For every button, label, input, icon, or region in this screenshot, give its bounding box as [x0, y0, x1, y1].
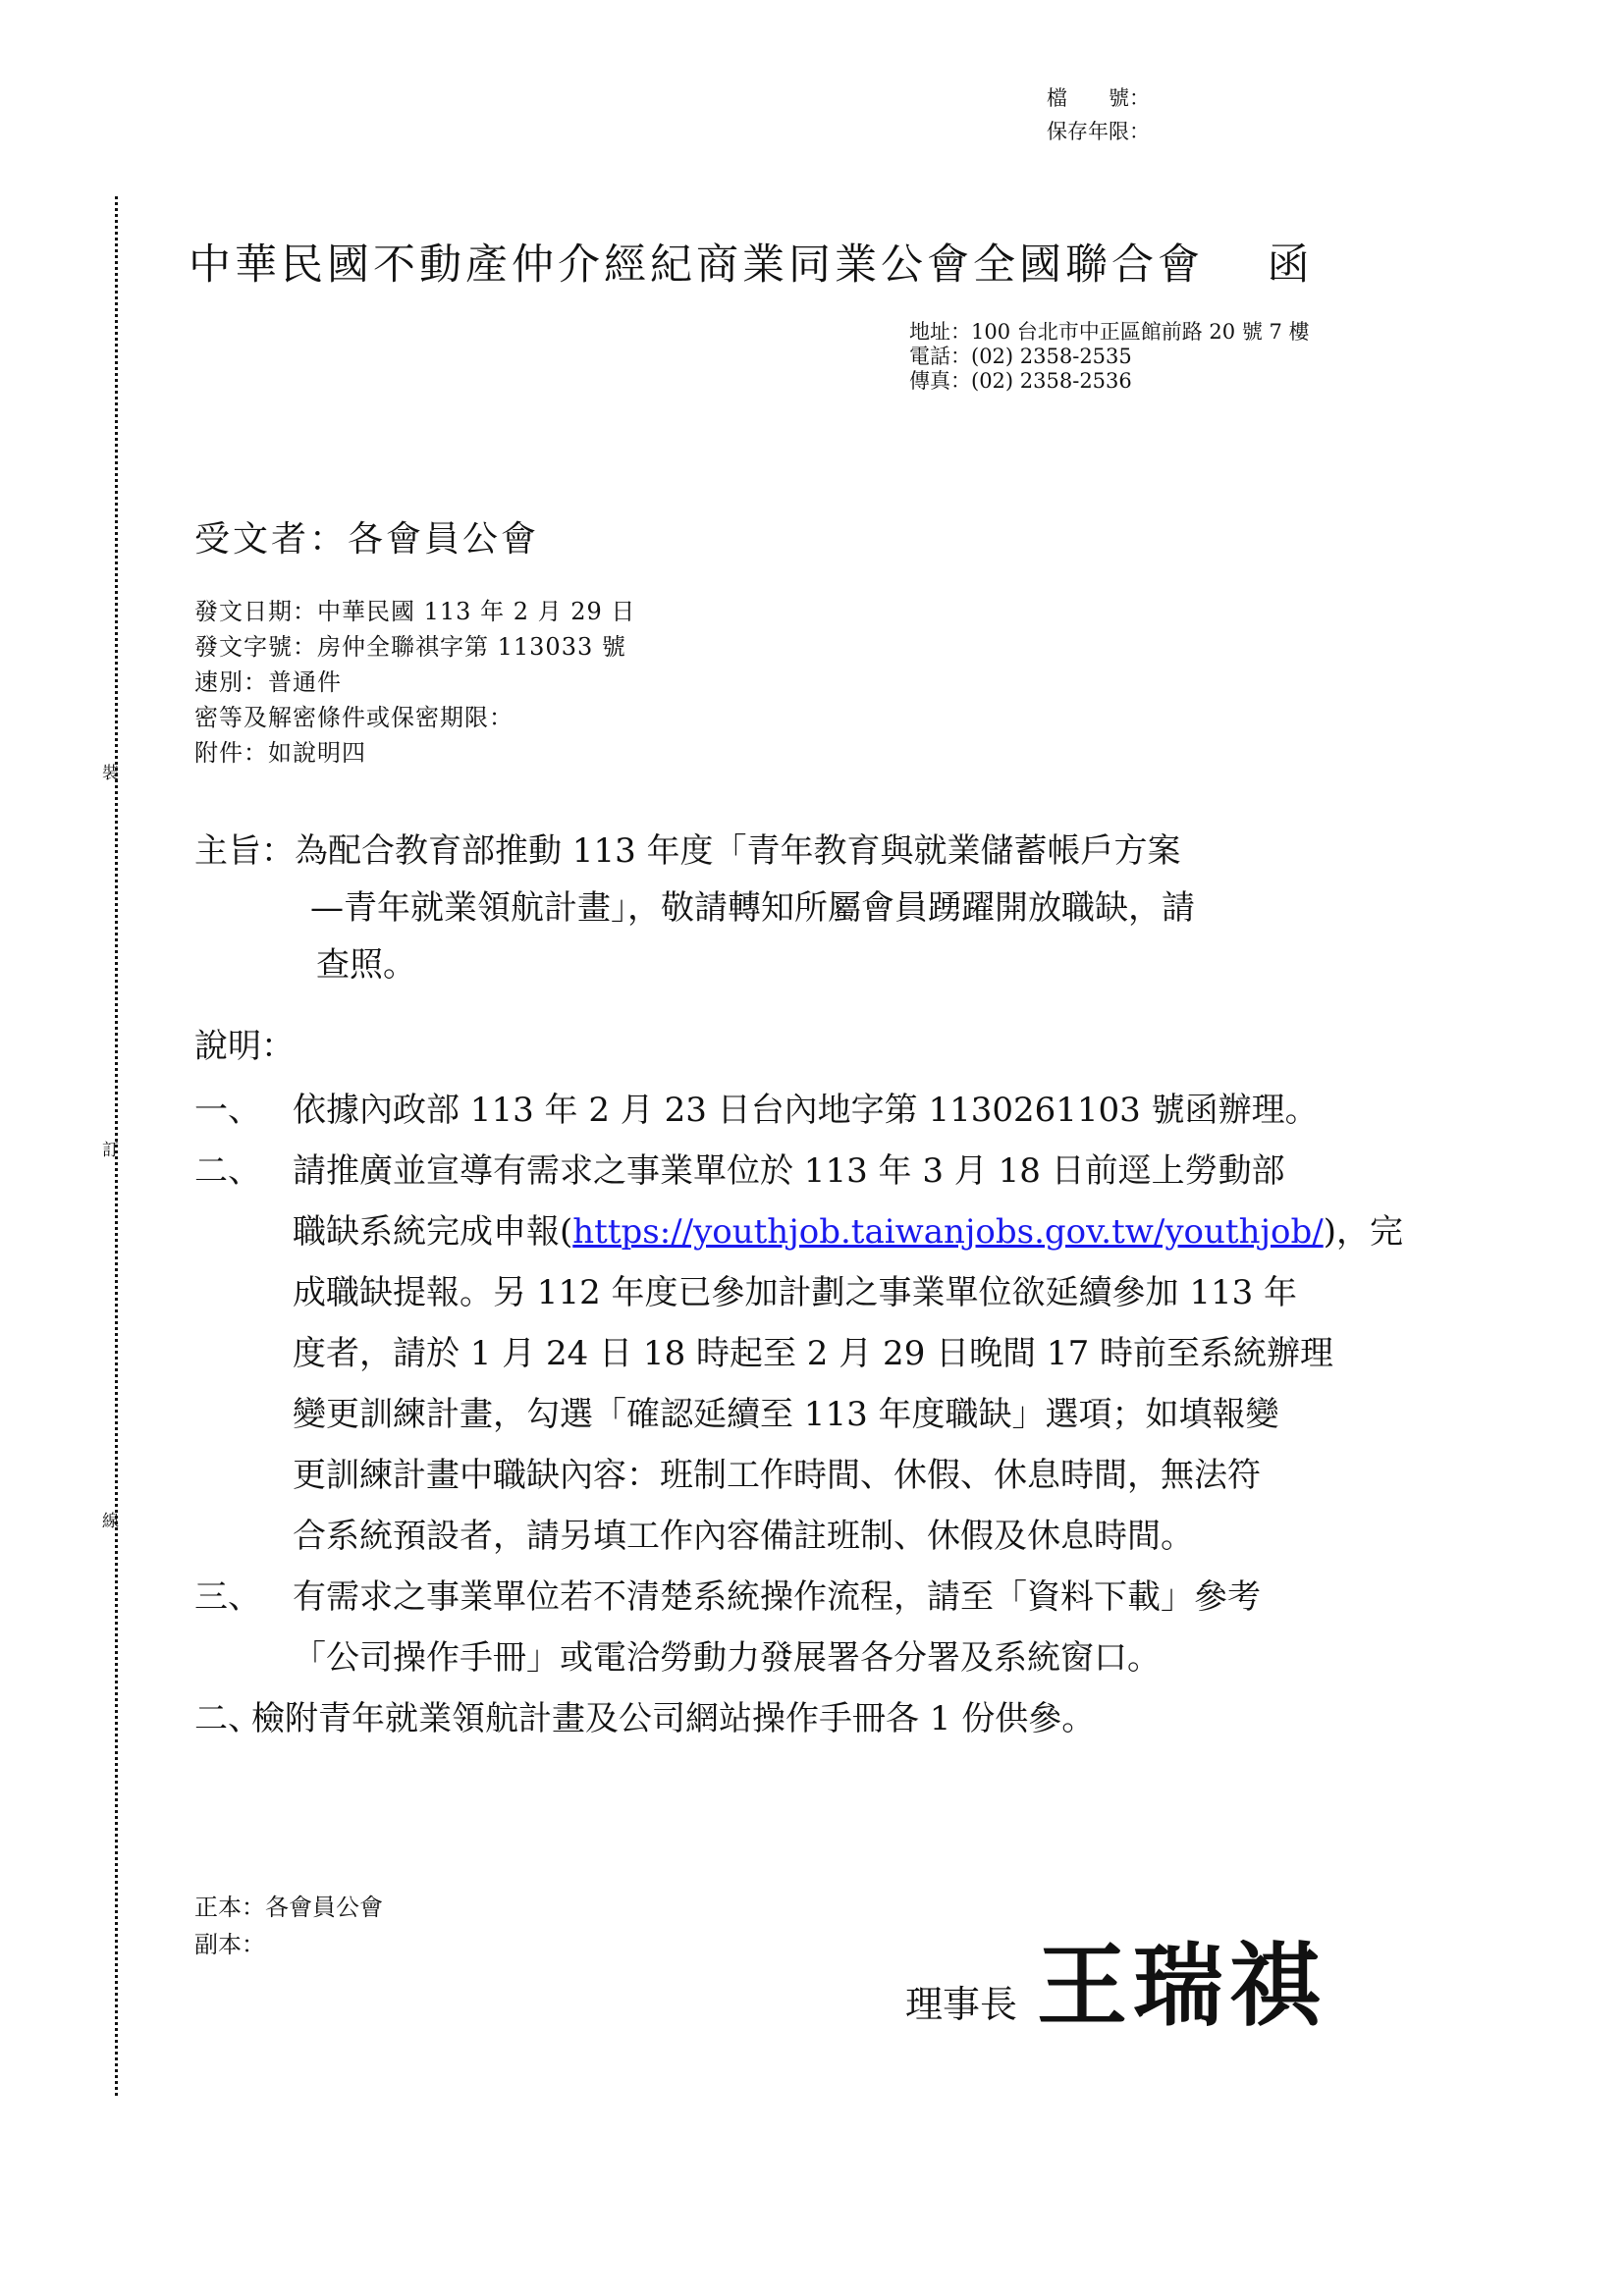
- item-text: 檢附青年就業領航計畫及公司網站操作手冊各 1 份供參。: [251, 1688, 1540, 1749]
- explanation-item-2: 二、 請推廣並宣導有需求之事業單位於 113 年 3 月 18 日前逕上勞動部 …: [194, 1141, 1540, 1567]
- file-info: 檔 號： 保存年限：: [1047, 81, 1150, 148]
- original-recipients: 正本：各會員公會: [194, 1889, 383, 1926]
- item-text: 請推廣並宣導有需求之事業單位於 113 年 3 月 18 日前逕上勞動部: [293, 1141, 1540, 1201]
- subject-line-3: 查照。: [194, 936, 1432, 993]
- item-number: 三、: [194, 1567, 293, 1628]
- file-number-label: 檔 號：: [1047, 81, 1150, 115]
- item-text: 有需求之事業單位若不清楚系統操作流程，請至「資料下載」參考: [293, 1567, 1540, 1628]
- item-text: 「公司操作手冊」或電洽勞動力發展署各分署及系統窗口。: [293, 1628, 1540, 1688]
- item-text: 職缺系統完成申報(: [293, 1212, 572, 1252]
- subject-section: 主旨：為配合教育部推動 113 年度「青年教育與就業儲蓄帳戶方案 —青年就業領航…: [194, 823, 1432, 993]
- signature-block: 理事長王瑞祺: [905, 1914, 1326, 2044]
- item-text: 度者，請於 1 月 24 日 18 時起至 2 月 29 日晚間 17 時前至系…: [293, 1323, 1540, 1384]
- explanation-item-1: 一、 依據內政部 113 年 2 月 23 日台內地字第 1130261103 …: [194, 1080, 1540, 1141]
- binding-mark-xian: 線: [102, 1512, 119, 1531]
- explanation-label: 說明：: [194, 1019, 295, 1067]
- item-text: 成職缺提報。另 112 年度已參加計劃之事業單位欲延續參加 113 年: [293, 1262, 1540, 1323]
- item-number: 二、: [194, 1141, 293, 1201]
- subject-line-2: —青年就業領航計畫」，敬請轉知所屬會員踴躍開放職缺，請: [194, 880, 1432, 936]
- document-number: 發文字號：房仲全聯祺字第 113033 號: [194, 629, 635, 665]
- priority: 速別：普通件: [194, 665, 635, 700]
- explanation-list: 一、 依據內政部 113 年 2 月 23 日台內地字第 1130261103 …: [194, 1080, 1540, 1749]
- item-number: 二、: [194, 1688, 283, 1749]
- issue-date: 發文日期：中華民國 113 年 2 月 29 日: [194, 594, 635, 629]
- binding-mark-ding: 訂: [102, 1141, 119, 1160]
- fax-line: 傳真：(02) 2358-2536: [909, 369, 1310, 394]
- copy-recipients: 副本：: [194, 1926, 383, 1963]
- organization-contact: 地址：100 台北市中正區館前路 20 號 7 樓 電話：(02) 2358-2…: [909, 320, 1310, 394]
- retention-label: 保存年限：: [1047, 115, 1150, 148]
- recipient: 受文者：各會員公會: [194, 511, 539, 561]
- explanation-item-3: 三、 有需求之事業單位若不清楚系統操作流程，請至「資料下載」參考 「公司操作手冊…: [194, 1567, 1540, 1688]
- item-text: 變更訓練計畫，勾選「確認延續至 113 年度職缺」選項；如填報變: [293, 1384, 1540, 1445]
- distribution: 正本：各會員公會 副本：: [194, 1889, 383, 1963]
- signatory-title: 理事長: [905, 1983, 1017, 2026]
- signatory-name: 王瑞祺: [1037, 1934, 1326, 2039]
- address-line: 地址：100 台北市中正區館前路 20 號 7 樓: [909, 320, 1310, 345]
- youthjob-link[interactable]: https://youthjob.taiwanjobs.gov.tw/youth…: [572, 1212, 1323, 1252]
- item-number: 一、: [194, 1080, 293, 1141]
- item-text: 更訓練計畫中職缺內容：班制工作時間、休假、休息時間，無法符: [293, 1445, 1540, 1506]
- subject-line-1: 主旨：為配合教育部推動 113 年度「青年教育與就業儲蓄帳戶方案: [194, 823, 1432, 880]
- classification: 密等及解密條件或保密期限：: [194, 700, 635, 735]
- attachment: 附件：如說明四: [194, 735, 635, 771]
- document-meta: 發文日期：中華民國 113 年 2 月 29 日 發文字號：房仲全聯祺字第 11…: [194, 594, 635, 771]
- item-text: 合系統預設者，請另填工作內容備註班制、休假及休息時間。: [293, 1506, 1540, 1567]
- item-text-with-link: 職缺系統完成申報(https://youthjob.taiwanjobs.gov…: [293, 1201, 1540, 1262]
- official-letter-page: 裝 訂 線 檔 號： 保存年限： 中華民國不動產仲介經紀商業同業公會全國聯合會 …: [0, 0, 1624, 2296]
- organization-title: 中華民國不動產仲介經紀商業同業公會全國聯合會 函: [189, 232, 1314, 292]
- item-text: 依據內政部 113 年 2 月 23 日台內地字第 1130261103 號函辦…: [293, 1080, 1540, 1141]
- binding-mark-zhuang: 裝: [102, 764, 119, 783]
- item-text: )，完: [1324, 1212, 1403, 1252]
- phone-line: 電話：(02) 2358-2535: [909, 345, 1310, 369]
- explanation-item-4: 二、 檢附青年就業領航計畫及公司網站操作手冊各 1 份供參。: [194, 1688, 1540, 1749]
